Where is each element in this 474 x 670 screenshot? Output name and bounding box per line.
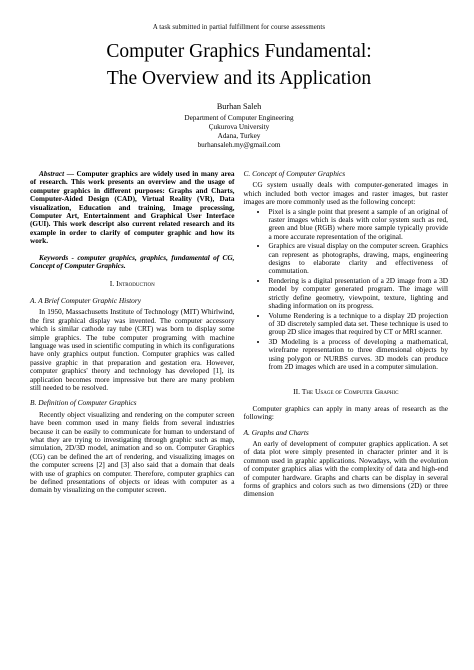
bullet-rendering: Rendering is a digital presentation of a…	[268, 277, 449, 311]
author-block: Burhan Saleh Department of Computer Engi…	[30, 102, 448, 150]
right-column: C. Concept of Computer Graphics CG syste…	[244, 170, 449, 500]
subsection-heading-definition: B. Definition of Computer Graphics	[30, 399, 235, 407]
bullet-graphics: Graphics are visual display on the compu…	[268, 242, 449, 276]
author-university: Çukurova University	[30, 123, 448, 132]
paper-page: A task submitted in partial fulfillment …	[0, 0, 474, 670]
subsection-heading-concept: C. Concept of Computer Graphics	[244, 170, 449, 178]
author-location: Adana, Turkey	[30, 132, 448, 141]
two-column-body: Abstract — Computer graphics are widely …	[30, 170, 448, 500]
subsection-heading-history: A. A Brief Computer Graphic History	[30, 297, 235, 305]
paper-title-line1: Computer Graphics Fundamental:	[106, 41, 371, 62]
author-email: burhansaleh.my@gmail.com	[30, 141, 448, 150]
bullet-pixel: Pixel is a single point that present a s…	[268, 208, 449, 242]
subsection-heading-graphs: A. Graphs and Charts	[244, 429, 449, 437]
left-column: Abstract — Computer graphics are widely …	[30, 170, 235, 500]
author-name: Burhan Saleh	[30, 102, 448, 111]
paper-title: Computer Graphics Fundamental: The Overv…	[30, 38, 448, 92]
history-paragraph: In 1950, Massachusetts Institute of Tech…	[30, 308, 235, 392]
author-department: Department of Computer Engineering	[30, 114, 448, 123]
section-heading-usage: II. The Usage of Computer Graphic	[244, 388, 449, 396]
paper-title-line2: The Overview and its Application	[107, 68, 371, 89]
bullet-3d-modeling: 3D Modeling is a process of developing a…	[268, 338, 449, 372]
course-note: A task submitted in partial fulfillment …	[30, 24, 448, 31]
definition-paragraph: Recently object visualizing and renderin…	[30, 411, 235, 495]
graphs-paragraph: An early of development of computer grap…	[244, 440, 449, 499]
bullet-volume-rendering: Volume Rendering is a technique to a dis…	[268, 312, 449, 337]
abstract-paragraph: Abstract — Computer graphics are widely …	[30, 170, 235, 246]
keywords-paragraph: Keywords - computer graphics, graphics, …	[30, 254, 235, 271]
abstract-text: — Computer graphics are widely used in m…	[30, 169, 235, 245]
section-heading-introduction: I. Introduction	[30, 280, 235, 288]
concept-intro-paragraph: CG system usually deals with computer-ge…	[244, 181, 449, 206]
usage-intro-paragraph: Computer graphics can apply in many area…	[244, 405, 449, 422]
concept-bullet-list: Pixel is a single point that present a s…	[268, 208, 449, 372]
